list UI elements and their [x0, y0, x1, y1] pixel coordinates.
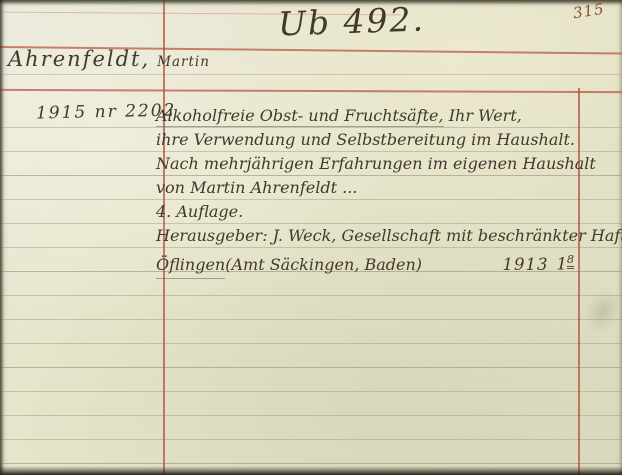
format-exponent: 8: [567, 253, 574, 269]
entry-imprint-line: Öflingen (Amt Säckingen, Baden) 1913 18: [156, 248, 574, 272]
card-bottom-edge-shadow: [0, 466, 622, 475]
entry-title-underlined: Alkoholfreie Obst- und Fruchtsäfte,: [156, 106, 444, 127]
card-left-edge-shadow: [0, 0, 4, 475]
author-surname: Ahrenfeldt,: [8, 47, 150, 71]
ruling-vertical-right-line: [578, 88, 580, 475]
entry-title-tail: Ihr Wert,: [444, 106, 522, 125]
publication-year: 1913: [503, 253, 549, 277]
imprint-place: Öflingen: [156, 253, 225, 279]
page-number: 315: [572, 0, 606, 22]
entry-edition-line: 4. Auflage.: [156, 200, 574, 224]
entry-note-line-2: von Martin Ahrenfeldt ...: [156, 176, 574, 200]
entry-title-line: Alkoholfreie Obst- und Fruchtsäfte, Ihr …: [156, 104, 574, 128]
ruling-line-below-author: [0, 89, 622, 93]
entry-note-line-1: Nach mehrjährigen Erfahrungen im eigenen…: [156, 152, 574, 176]
entry-publisher-line: Herausgeber: J. Weck, Gesellschaft mit b…: [156, 224, 574, 248]
author-line: Ahrenfeldt, Martin: [8, 47, 210, 71]
library-catalog-card: Ub 492. 315 Ahrenfeldt, Martin 1915 nr 2…: [0, 0, 622, 475]
ruling-line-author-underline: [0, 74, 622, 75]
format-notation: 18: [557, 248, 575, 277]
catalog-entry: Alkoholfreie Obst- und Fruchtsäfte, Ihr …: [156, 104, 574, 272]
entry-subtitle-line: ihre Verwendung und Selbstbereitung im H…: [156, 128, 574, 152]
format-base: 1: [557, 255, 568, 274]
imprint-place-tail: (Amt Säckingen, Baden): [225, 253, 422, 277]
author-forename: Martin: [157, 54, 210, 70]
shelfmark: Ub 492.: [277, 0, 425, 44]
